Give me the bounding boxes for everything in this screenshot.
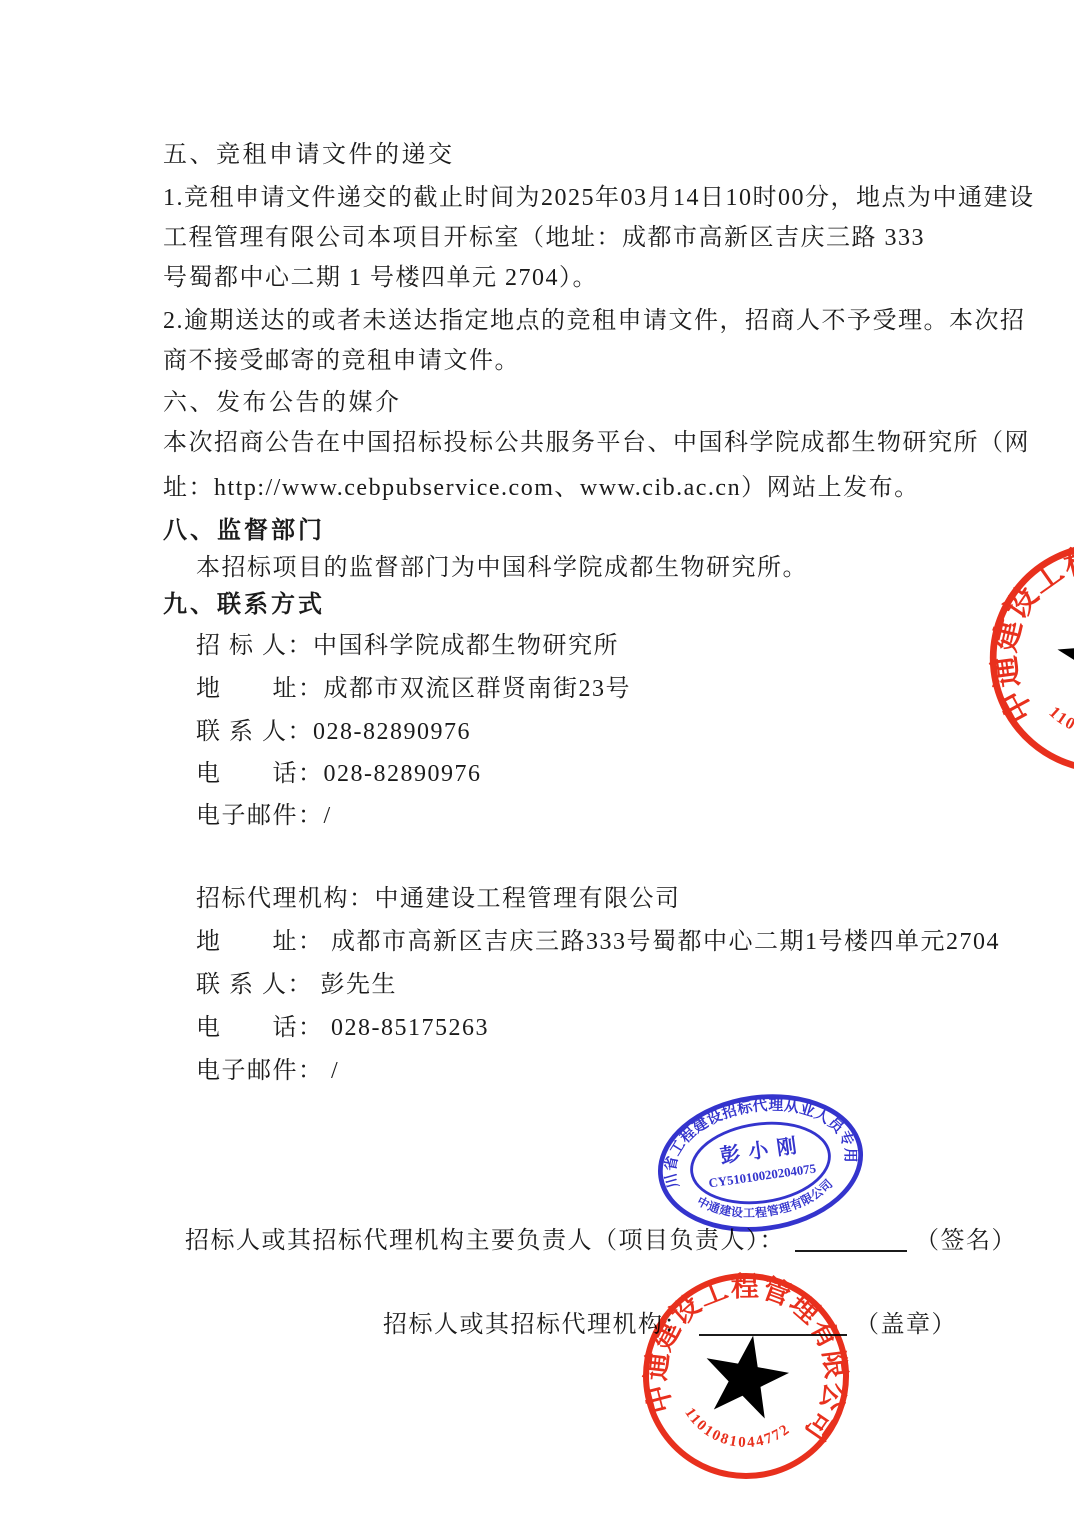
company-seal-star-icon <box>1055 609 1074 704</box>
tenderer-contact-line: 联 系 人：028-82890976 <box>196 717 471 747</box>
company-seal-ring-text: 中通建设工程管理有限公司 <box>979 532 1074 730</box>
company-seal-number: 1101081044772 <box>1044 694 1074 745</box>
section6-line1: 本次招商公告在中国招标投标公共服务平台、中国科学院成都生物研究所（网 <box>163 428 1030 458</box>
company-seal-number: 1101081044772 <box>677 1403 796 1460</box>
section5-line4: 2.逾期送达的或者未送达指定地点的竞租申请文件，招商人不予受理。本次招 <box>163 306 1026 336</box>
agency-contact-line: 联 系 人： 彭先生 <box>196 970 397 1000</box>
agency-name-line: 招标代理机构：中通建设工程管理有限公司 <box>196 884 681 914</box>
contact-heading: 九、联系方式 <box>163 590 325 620</box>
section6-title: 六、发布公告的媒介 <box>163 388 402 418</box>
section5-line5: 商不接受邮寄的竞租申请文件。 <box>163 346 520 376</box>
section5-line2: 工程管理有限公司本项目开标室（地址：成都市高新区吉庆三路 333 <box>163 223 925 253</box>
tenderer-name-line: 招 标 人：中国科学院成都生物研究所 <box>196 631 619 661</box>
section5-title: 五、竞租申请文件的递交 <box>163 140 455 170</box>
supervision-body: 本招标项目的监督部门为中国科学院成都生物研究所。 <box>196 553 808 583</box>
company-seal-edge-partial: 中通建设工程管理有限公司 1101081044772 <box>974 527 1074 790</box>
agent-seal-holder-name: 彭小刚 <box>719 1132 807 1168</box>
tenderer-phone-line: 电 话：028-82890976 <box>196 759 482 789</box>
agency-email-line: 电子邮件： / <box>196 1056 339 1086</box>
tenderer-email-line: 电子邮件：/ <box>196 801 332 831</box>
tenderer-address-line: 地 址：成都市双流区群贤南街23号 <box>196 674 631 704</box>
document-page: 五、竞租申请文件的递交 1.竞租申请文件递交的截止时间为2025年03月14日1… <box>0 0 1074 1520</box>
agency-phone-line: 电 话： 028-85175263 <box>196 1013 489 1043</box>
company-seal-star-icon <box>698 1328 794 1421</box>
company-seal: 中通建设工程管理有限公司 1101081044772 <box>619 1249 874 1504</box>
section5-line3: 号蜀都中心二期 1 号楼四单元 2704）。 <box>163 263 598 293</box>
agent-qualification-seal: 四川省工程建设招标代理从业人员专用章 中通建设工程管理有限公司 彭小刚 CY51… <box>639 1072 883 1254</box>
section6-line2-urls: 址：http://www.cebpubservice.com、www.cib.a… <box>163 473 920 503</box>
signature-org-suffix: （盖章） <box>855 1312 957 1338</box>
agency-address-line: 地 址： 成都市高新区吉庆三路333号蜀都中心二期1号楼四单元2704 <box>196 927 1000 957</box>
supervision-heading: 八、监督部门 <box>163 516 325 546</box>
signature-line-person: 招标人或其招标代理机构主要负责人（项目负责人）：（签名） <box>185 1226 1017 1256</box>
signature-person-suffix: （签名） <box>915 1228 1017 1254</box>
section5-line1: 1.竞租申请文件递交的截止时间为2025年03月14日10时00分，地点为中通建… <box>163 183 1035 213</box>
